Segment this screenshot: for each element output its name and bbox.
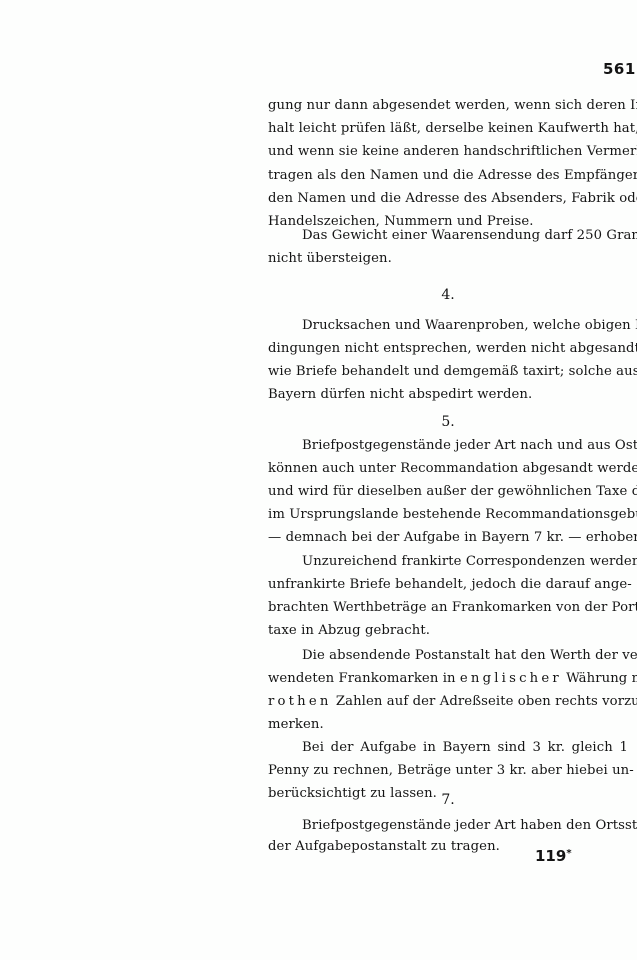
signature-number: 119 bbox=[535, 847, 566, 865]
text-line: im Ursprungslande bestehende Recommandat… bbox=[268, 504, 628, 526]
text-span: wendeten Frankomarken in bbox=[268, 671, 456, 686]
text-line: — demnach bei der Aufgabe in Bayern 7 kr… bbox=[268, 527, 628, 549]
text-line: der Aufgabepostanstalt zu tragen. bbox=[268, 836, 628, 858]
text-line: Penny zu rechnen, Beträge unter 3 kr. ab… bbox=[268, 760, 628, 782]
text-line: und wenn sie keine anderen handschriftli… bbox=[268, 141, 628, 163]
text-line: dingungen nicht entsprechen, werden nich… bbox=[268, 338, 628, 360]
text-line: können auch unter Recommandation abgesan… bbox=[268, 458, 628, 480]
page-number: 561 bbox=[603, 60, 636, 78]
text-line: merken. bbox=[268, 714, 628, 736]
section-number: 4. bbox=[268, 285, 628, 305]
spaced-emphasis: englischer bbox=[460, 671, 562, 686]
text-line: brachten Werthbeträge an Frankomarken vo… bbox=[268, 597, 628, 619]
text-line: Briefpostgegenstände jeder Art nach und … bbox=[302, 435, 628, 457]
text-line: halt leicht prüfen läßt, derselbe keinen… bbox=[268, 118, 628, 140]
text-line: Bei der Aufgabe in Bayern sind 3 kr. gle… bbox=[302, 737, 628, 759]
text-line: nicht übersteigen. bbox=[268, 248, 628, 270]
text-line: Bayern dürfen nicht abspedirt werden. bbox=[268, 384, 628, 406]
signature-mark: 119* bbox=[535, 847, 572, 865]
text-line: Die absendende Postanstalt hat den Werth… bbox=[302, 645, 628, 667]
text-line: unfrankirte Briefe behandelt, jedoch die… bbox=[268, 574, 628, 596]
text-line: rothen Zahlen auf der Adreßseite oben re… bbox=[268, 691, 628, 713]
section-number: 5. bbox=[268, 412, 628, 432]
text-span: Währung mit bbox=[566, 671, 637, 686]
text-line: Drucksachen und Waarenproben, welche obi… bbox=[302, 315, 628, 337]
text-line: Briefpostgegenstände jeder Art haben den… bbox=[302, 815, 628, 837]
section-number: 7. bbox=[268, 790, 628, 810]
text-line: Das Gewicht einer Waarensendung darf 250… bbox=[302, 225, 628, 247]
text-line: Unzureichend frankirte Correspondenzen w… bbox=[302, 551, 628, 573]
text-line: tragen als den Namen und die Adresse des… bbox=[268, 165, 628, 187]
signature-star: * bbox=[566, 848, 571, 859]
text-span: Zahlen auf der Adreßseite oben rechts vo… bbox=[336, 694, 637, 709]
text-line: und wird für dieselben außer der gewöhnl… bbox=[268, 481, 628, 503]
text-line: den Namen und die Adresse des Absenders,… bbox=[268, 188, 628, 210]
spaced-emphasis: rothen bbox=[268, 694, 332, 709]
text-line: taxe in Abzug gebracht. bbox=[268, 620, 628, 642]
text-line: wie Briefe behandelt und demgemäß taxirt… bbox=[268, 361, 628, 383]
text-line: wendeten Frankomarken in englischer Währ… bbox=[268, 668, 628, 690]
text-line: gung nur dann abgesendet werden, wenn si… bbox=[268, 95, 628, 117]
